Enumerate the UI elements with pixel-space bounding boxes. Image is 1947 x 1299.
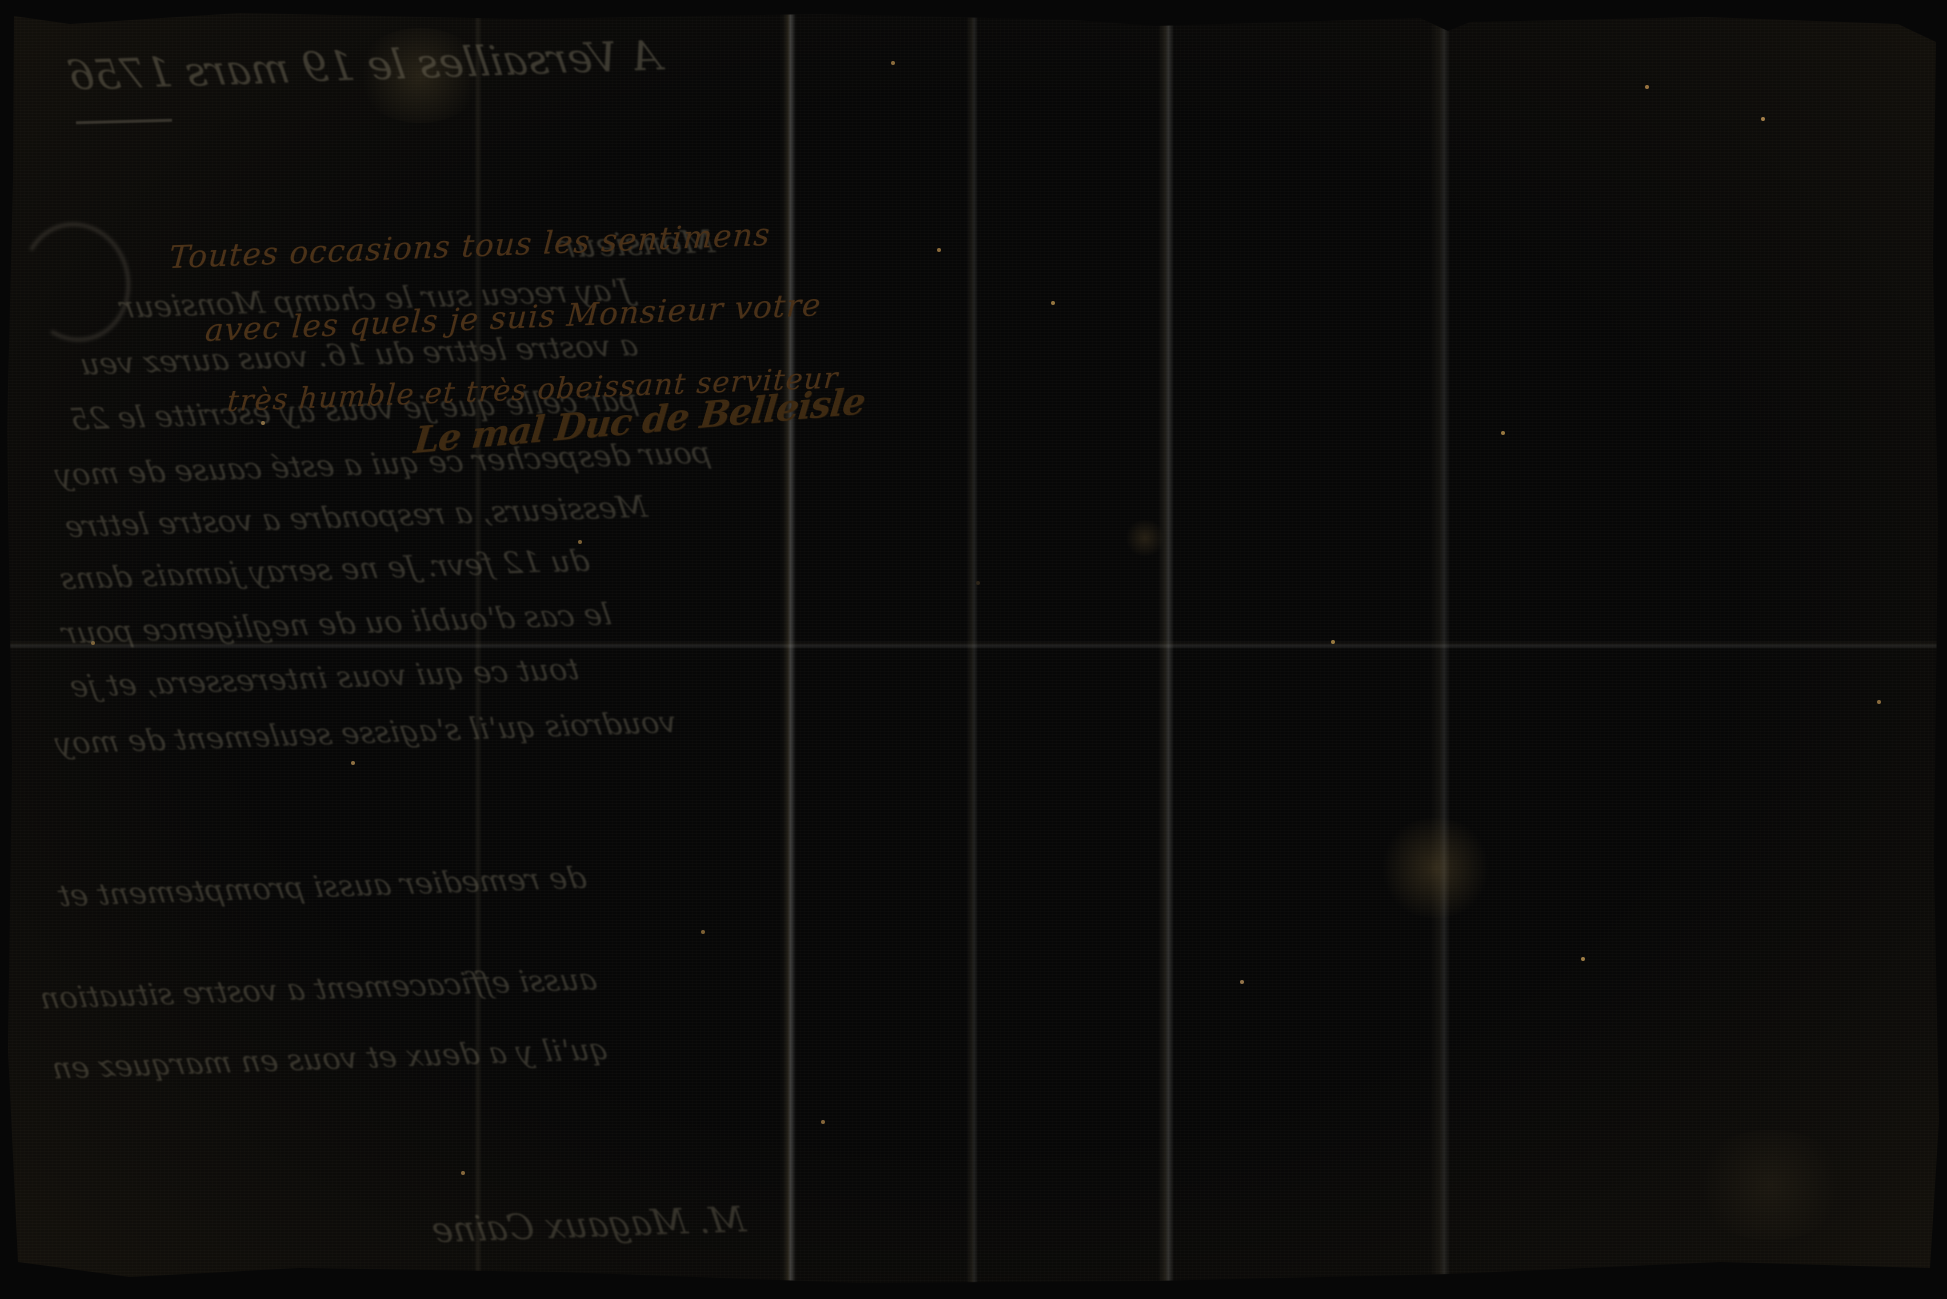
paper-edge-nick [0,150,8,168]
letter-sheet: A Versailles le 19 mars 1756 Monsieur J'… [0,0,1947,1299]
scan-background: A Versailles le 19 mars 1756 Monsieur J'… [0,0,1947,1299]
edge-vignette [0,0,1947,1299]
paper-specks [0,0,2,2]
paper-edge-nick [0,88,11,114]
